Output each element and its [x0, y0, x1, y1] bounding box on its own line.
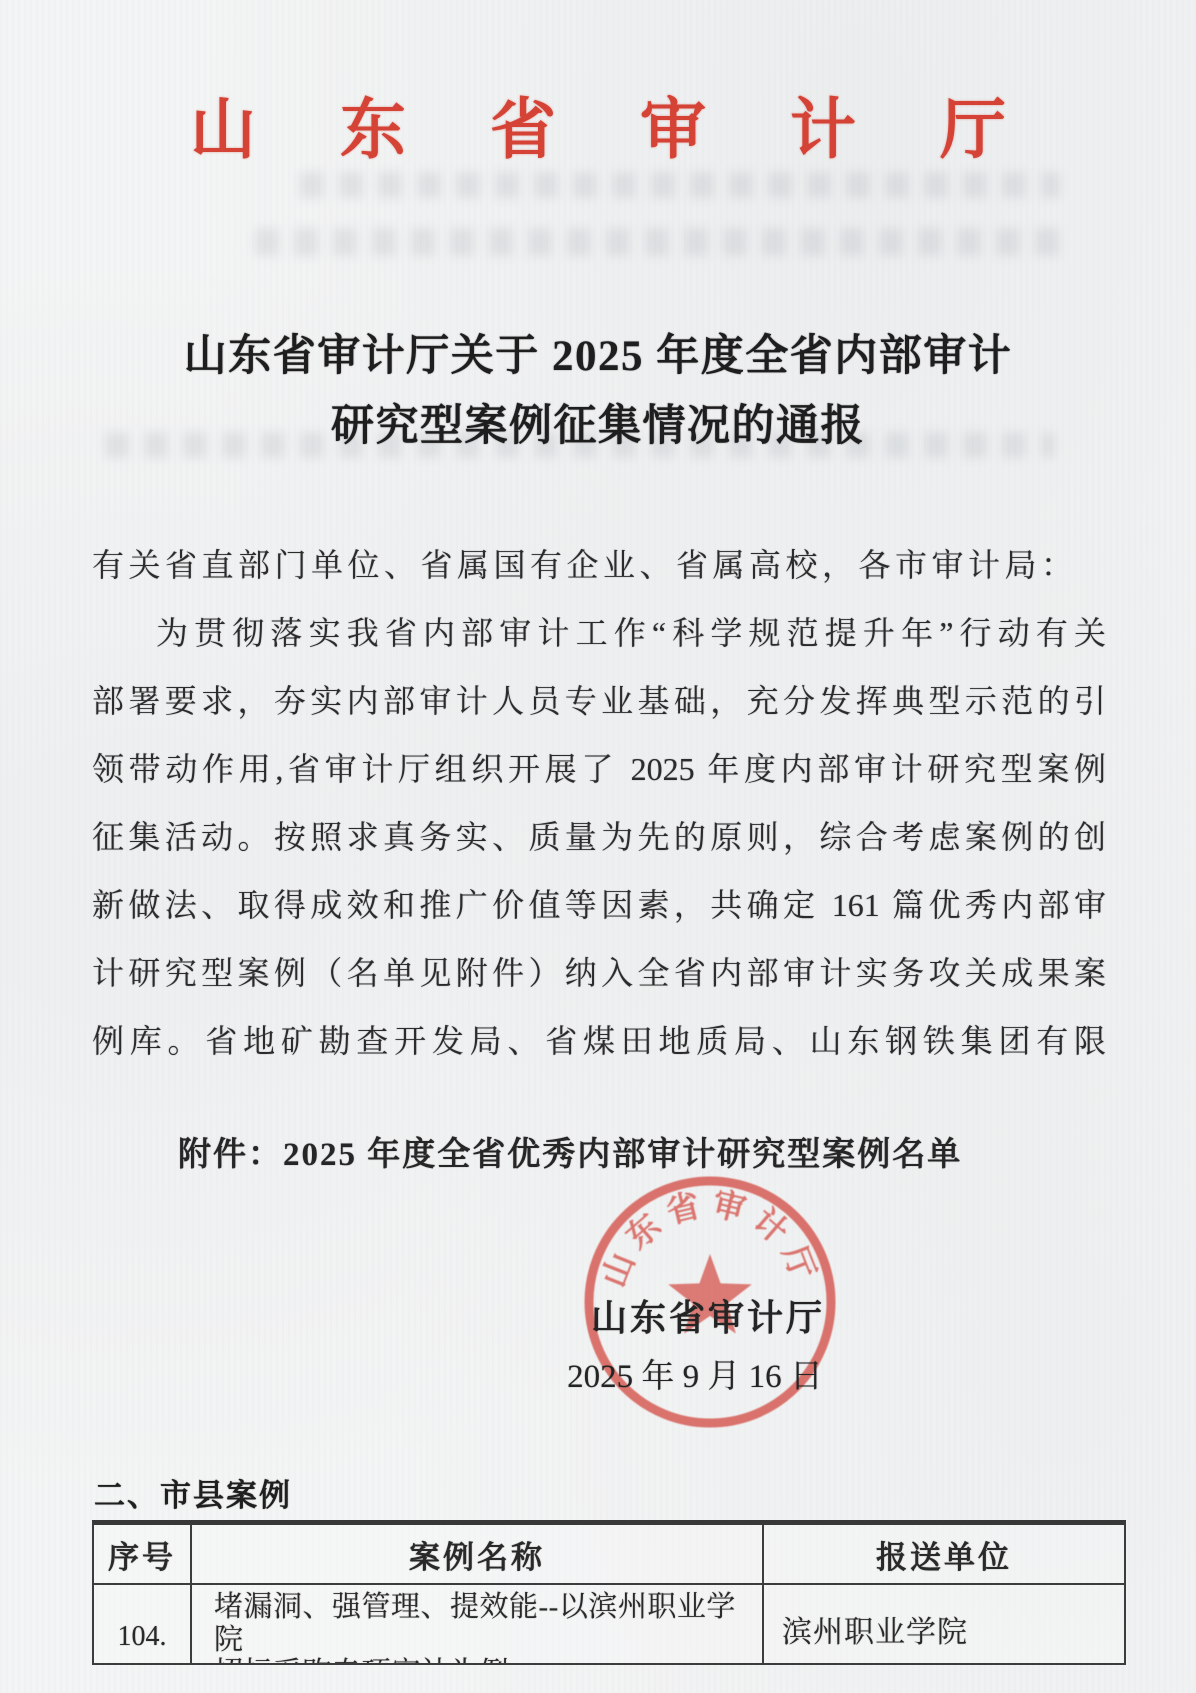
document-title-line1: 山东省审计厅关于 2025 年度全省内部审计	[0, 322, 1196, 392]
document-title-line2: 研究型案例征集情况的通报	[0, 392, 1196, 462]
body-line-1: 为贯彻落实我省内部审计工作“科学规范提升年”行动有关	[92, 599, 1106, 667]
table-cell-serial: 104.	[94, 1585, 192, 1663]
bleed-through-ghost-1	[300, 172, 1060, 198]
scanned-document-page: 山东省审计厅 山东省审计厅关于 2025 年度全省内部审计 研究型案例征集情况的…	[0, 0, 1196, 1693]
body-line-7: 例库。省地矿勘查开发局、省煤田地质局、山东钢铁集团有限	[92, 1007, 1106, 1075]
attachment-note: 附件：2025 年度全省优秀内部审计研究型案例名单	[178, 1128, 962, 1175]
case-name-line2: 招标采购专项审计为例	[214, 1657, 752, 1663]
case-name-line1: 堵漏洞、强管理、提效能--以滨州职业学院	[214, 1591, 752, 1657]
agency-header-text: 山东省审计厅	[0, 76, 1196, 171]
document-title: 山东省审计厅关于 2025 年度全省内部审计 研究型案例征集情况的通报	[0, 322, 1196, 462]
table-header-case-name: 案例名称	[192, 1525, 764, 1585]
issuer-name: 山东省审计厅	[568, 1290, 848, 1341]
issue-date: 2025 年 9 月 16 日	[545, 1350, 845, 1397]
bleed-through-ghost-2	[255, 228, 1065, 256]
table-cell-case-name: 堵漏洞、强管理、提效能--以滨州职业学院 招标采购专项审计为例	[192, 1585, 764, 1663]
document-body: 有关省直部门单位、省属国有企业、省属高校，各市审计局： 为贯彻落实我省内部审计工…	[92, 531, 1106, 1075]
body-line-4: 征集活动。按照求真务实、质量为先的原则，综合考虑案例的创	[92, 803, 1106, 871]
body-line-3: 领带动作用,省审计厅组织开展了 2025 年度内部审计研究型案例	[92, 735, 1106, 803]
cases-table: 序号 案例名称 报送单位 104. 堵漏洞、强管理、提效能--以滨州职业学院 招…	[92, 1520, 1126, 1665]
table-header-serial: 序号	[94, 1525, 192, 1585]
section-heading: 二、市县案例	[94, 1470, 292, 1515]
body-line-6: 计研究型案例（名单见附件）纳入全省内部审计实务攻关成果案	[92, 939, 1106, 1007]
table-cell-unit: 滨州职业学院	[764, 1585, 1124, 1663]
body-line-5: 新做法、取得成效和推广价值等因素，共确定 161 篇优秀内部审	[92, 871, 1106, 939]
body-salutation: 有关省直部门单位、省属国有企业、省属高校，各市审计局：	[92, 531, 1106, 599]
table-header-unit: 报送单位	[764, 1525, 1124, 1585]
body-line-2: 部署要求，夯实内部审计人员专业基础，充分发挥典型示范的引	[92, 667, 1106, 735]
